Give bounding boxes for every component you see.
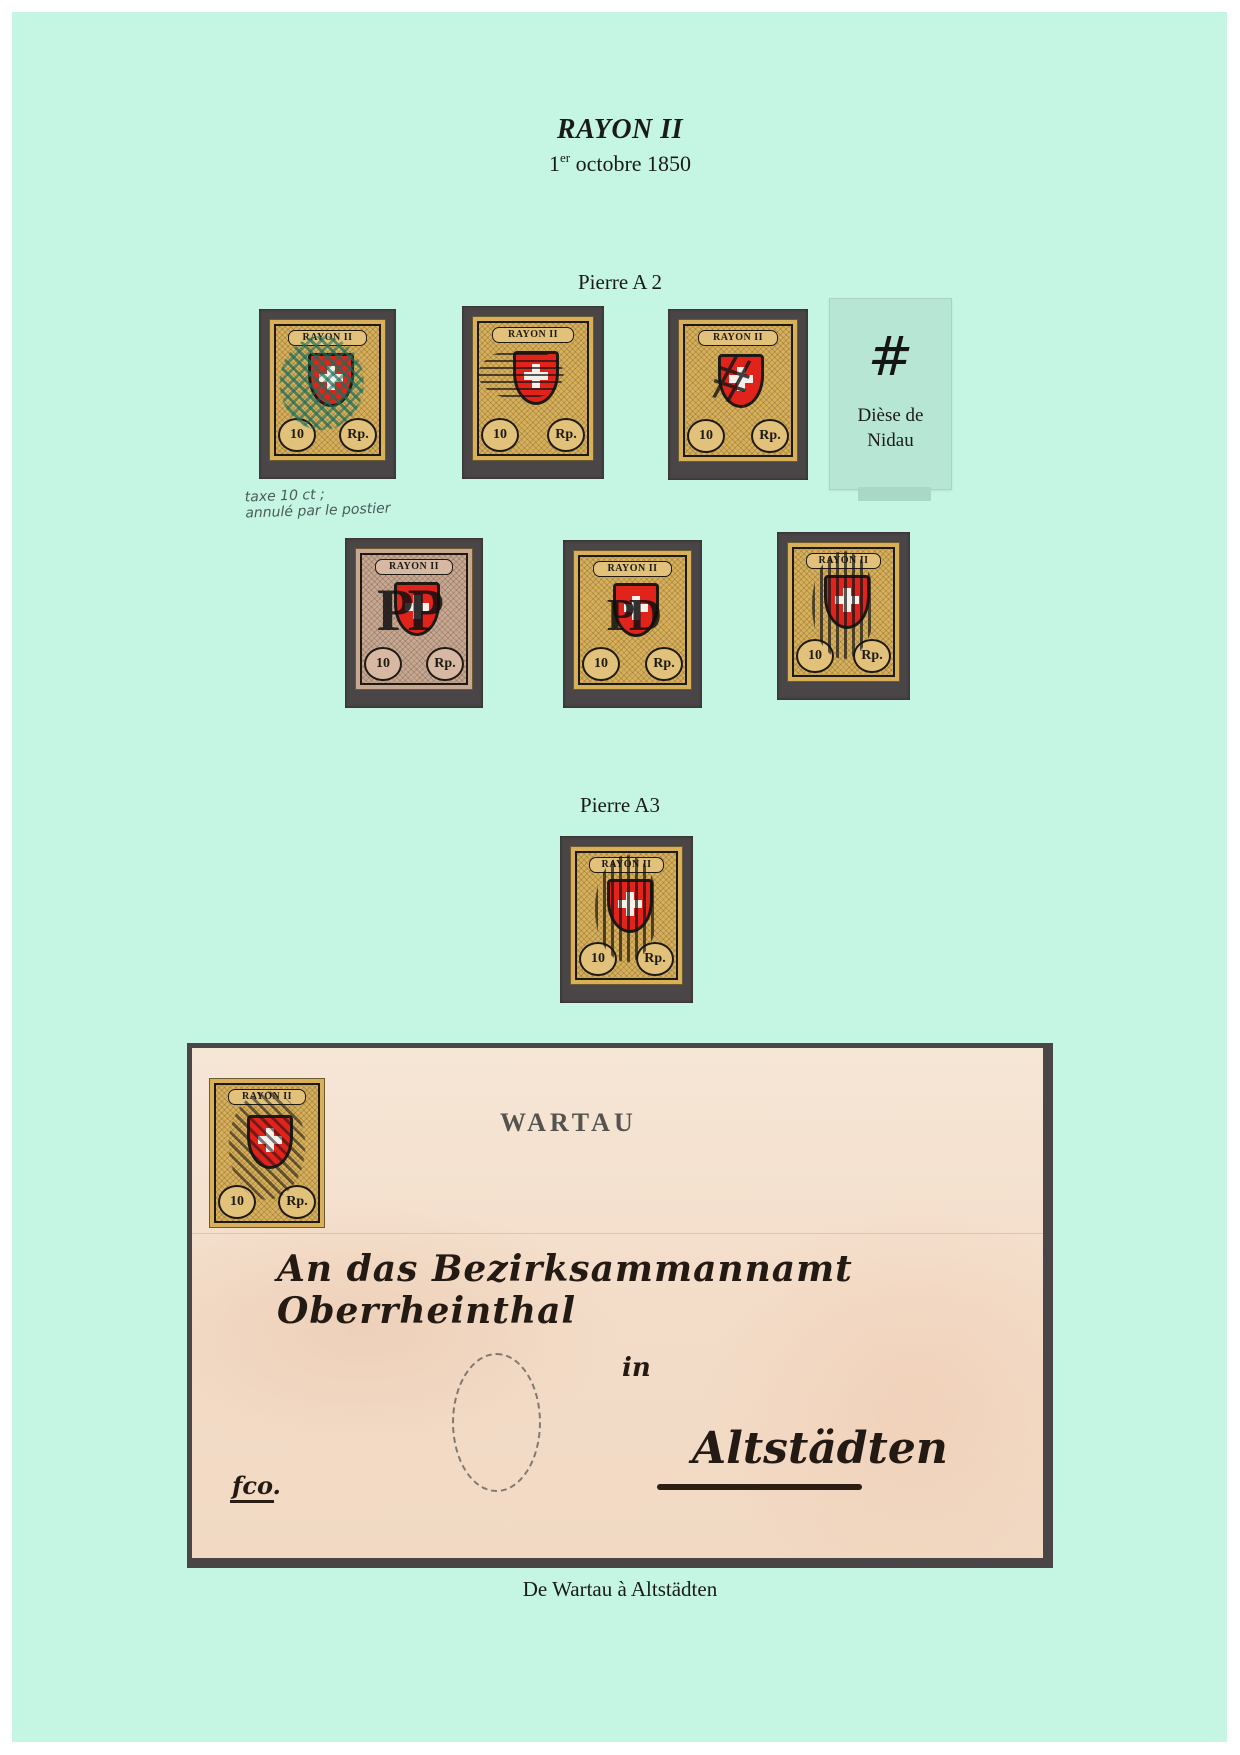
stamp-inscription: RAYON II [492, 327, 574, 343]
page-title: RAYON II [0, 114, 1240, 146]
diese-de-nidau-card: # Dièse deNidau [829, 298, 952, 490]
stamp-value: 10 [687, 419, 725, 453]
stamp-inscription: RAYON II [228, 1089, 306, 1105]
card-tab [858, 487, 931, 501]
section-label-pierre-a3: Pierre A3 [0, 793, 1240, 818]
stamp-inscription: RAYON II [806, 553, 882, 569]
stamp: RAYON II 10 Rp. [269, 319, 386, 461]
stamp-inscription: RAYON II [589, 857, 665, 873]
stamp-mount[interactable]: RAYON II 10 Rp. [777, 532, 910, 700]
stamp-mount[interactable]: RAYON II 10 Rp. PP [345, 538, 483, 708]
diese-label-line1: Dièse de [858, 405, 924, 426]
stamp-value: 10 [579, 942, 617, 976]
address-line-1: An das Bezirksammannamt Oberrheinthal [277, 1248, 1043, 1332]
stamp-value: 10 [582, 647, 620, 681]
stamp: RAYON II 10 Rp. [209, 1078, 325, 1228]
stamp-inscription: RAYON II [375, 559, 454, 575]
stamp: RAYON II 10 Rp. [472, 316, 594, 461]
stamp-mount[interactable]: RAYON II 10 Rp. # [668, 309, 808, 480]
wartau-cancel: WARTAU [500, 1108, 637, 1138]
stamp-value: 10 [364, 647, 402, 681]
cover-stamp: RAYON II 10 Rp. [209, 1078, 325, 1228]
address-underline [657, 1484, 862, 1490]
franco-mark: fco. [232, 1471, 281, 1500]
stamp-unit: Rp. [645, 647, 683, 681]
stamp: RAYON II 10 Rp. PP [355, 548, 473, 690]
stamp-unit: Rp. [426, 647, 464, 681]
stamp-unit: Rp. [636, 942, 674, 976]
diese-label-line2: Nidau [867, 430, 913, 451]
section-label-pierre-a2: Pierre A 2 [0, 270, 1240, 295]
stamp-value: 10 [278, 418, 316, 452]
sharp-sign-icon: # [830, 325, 951, 388]
cover-fold [192, 1233, 1043, 1234]
stamp-unit: Rp. [339, 418, 377, 452]
cover-caption: De Wartau à Altstädten [0, 1577, 1240, 1602]
stamp-inscription: RAYON II [288, 330, 366, 346]
franco-underline [230, 1500, 274, 1503]
stamp-value: 10 [218, 1185, 256, 1219]
subtitle-superscript: er [560, 150, 570, 165]
subtitle-date: octobre 1850 [570, 151, 691, 176]
pp-cancel: PP [377, 580, 438, 640]
circular-postmark [452, 1353, 541, 1492]
stamp-mount[interactable]: RAYON II 10 Rp. [560, 836, 693, 1003]
stamp: RAYON II 10 Rp. [787, 542, 900, 682]
stamp-value: 10 [796, 639, 834, 673]
stamp: RAYON II 10 Rp. [570, 846, 683, 985]
handwritten-note: taxe 10 ct ;annulé par le postier [244, 484, 390, 521]
stamp-mount[interactable]: RAYON II 10 Rp. [462, 306, 604, 479]
stamp-mount[interactable]: RAYON II 10 Rp. [259, 309, 396, 479]
stamp-inscription: RAYON II [593, 561, 673, 577]
page-subtitle: 1er octobre 1850 [0, 150, 1240, 177]
stamp-unit: Rp. [853, 639, 891, 673]
stamp: RAYON II 10 Rp. # [678, 319, 798, 462]
stamp-mount[interactable]: RAYON II 10 Rp. PD [563, 540, 702, 708]
cover-mount[interactable]: RAYON II 10 Rp. WARTAU An das Bezirksamm… [187, 1043, 1053, 1568]
subtitle-day: 1 [549, 151, 560, 176]
address-destination: Altstädten [692, 1423, 948, 1474]
stamp-unit: Rp. [278, 1185, 316, 1219]
postal-cover: RAYON II 10 Rp. WARTAU An das Bezirksamm… [192, 1048, 1043, 1558]
pd-cancel: PD [607, 592, 656, 638]
stamp: RAYON II 10 Rp. PD [573, 550, 692, 690]
stamp-unit: Rp. [751, 419, 789, 453]
address-line-2: in [622, 1353, 651, 1383]
stamp-value: 10 [481, 418, 519, 452]
stamp-unit: Rp. [547, 418, 585, 452]
diese-label: Dièse deNidau [830, 403, 951, 453]
